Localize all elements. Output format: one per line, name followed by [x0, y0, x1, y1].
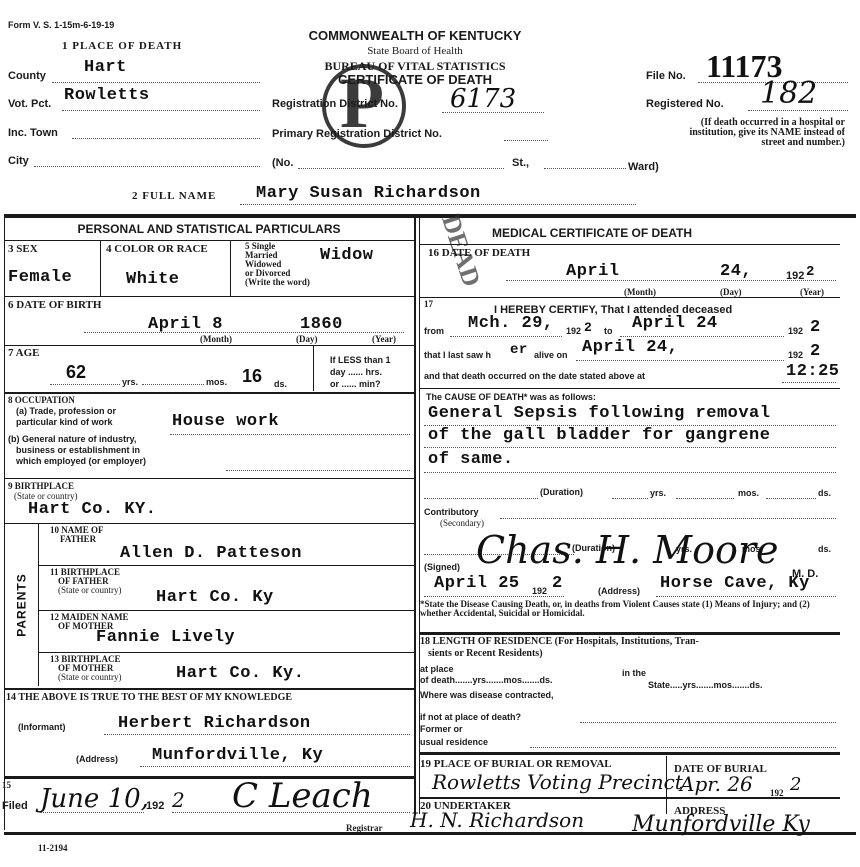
signed-date: April 25 [434, 574, 520, 593]
dod-label: 16 DATE OF DEATH [428, 247, 530, 259]
burial-place-value: Rowletts Voting Precinct [432, 770, 683, 794]
city-label: City [8, 155, 29, 167]
physician-address: Horse Cave, Ky [660, 574, 810, 593]
form-number: Form V. S. 1-15m-6-19-19 [8, 20, 114, 30]
cause-line-3: of same. [428, 450, 514, 469]
dod-year-suffix: 2 [806, 264, 815, 280]
cause-footnote: *State the Disease Causing Death, or, in… [420, 600, 836, 618]
cause-line-2: of the gall bladder for gangrene [428, 426, 770, 445]
informant-value: Herbert Richardson [118, 714, 311, 733]
to-year-prefix: 192 [788, 326, 803, 336]
vot-pct-value: Rowletts [64, 86, 150, 105]
personal-section-title: PERSONAL AND STATISTICAL PARTICULARS [6, 222, 412, 236]
dod-month-caption: (Month) [624, 287, 656, 297]
certify-number: 17 [424, 299, 433, 309]
registration-district-label: Registration District No. [272, 98, 398, 110]
county-label: County [8, 70, 46, 82]
signed-year-prefix: 192 [532, 586, 547, 596]
where-contracted-label: Where was disease contracted, [420, 690, 554, 700]
place-of-death-label: 1 PLACE OF DEATH [62, 40, 182, 52]
last-saw-pronoun: er [510, 342, 528, 358]
burial-date-value: Apr. 26 [680, 772, 753, 796]
full-name-value: Mary Susan Richardson [256, 184, 481, 203]
ward-label: Ward) [628, 161, 659, 173]
undertaker-value: H. N. Richardson [410, 808, 584, 832]
signed-label: (Signed) [424, 562, 460, 572]
secondary-label: (Secondary) [440, 518, 484, 528]
dod-day: 24, [720, 262, 752, 281]
residence-label-2: sients or Recent Residents) [428, 648, 543, 659]
race-value: White [126, 270, 180, 289]
death-occurred-label: and that death occurred on the date stat… [424, 371, 645, 381]
sex-label: 3 SEX [8, 243, 38, 255]
from-year-suffix: 2 [584, 320, 592, 335]
registrar-signature: C Leach [232, 776, 373, 816]
to-year-suffix: 2 [810, 318, 821, 337]
informant-statement: 14 THE ABOVE IS TRUE TO THE BEST OF MY K… [6, 692, 292, 703]
footer-code: 11-2194 [38, 843, 68, 853]
dod-year-prefix: 192 [786, 270, 804, 282]
dod-year-caption: (Year) [800, 287, 824, 297]
cause-label: The CAUSE OF DEATH* was as follows: [426, 392, 596, 402]
board-title: State Board of Health [290, 45, 540, 57]
burial-year-suffix: 2 [790, 774, 801, 795]
marital-value: Widow [320, 246, 374, 265]
dod-day-caption: (Day) [720, 287, 742, 297]
filed-year-suffix: 2 [172, 788, 185, 812]
month-caption: (Month) [200, 334, 232, 344]
in-the-label: in the [622, 668, 646, 678]
occupation-a-label: (a) Trade, profession or particular kind… [16, 406, 116, 428]
duration-label: (Duration) [540, 487, 583, 497]
father-name-label: 10 NAME OF FATHER [50, 526, 104, 544]
race-label: 4 COLOR OR RACE [106, 243, 208, 255]
father-birthplace-value: Hart Co. Ky [156, 588, 274, 607]
mother-name-value: Fannie Lively [96, 628, 235, 647]
attended-from: Mch. 29, [468, 314, 554, 333]
signed-year-suffix: 2 [552, 574, 563, 593]
cause-line-1: General Sepsis following removal [428, 404, 770, 423]
primary-registration-label: Primary Registration District No. [272, 128, 442, 140]
vot-pct-label: Vot. Pct. [8, 98, 51, 110]
death-time: 12:25 [786, 362, 840, 381]
former-label: Former or [420, 724, 463, 734]
ds-caption: ds. [274, 379, 287, 389]
mother-birthplace-value: Hart Co. Ky. [176, 664, 304, 683]
usual-residence-label: usual residence [420, 737, 488, 747]
informant-label: (Informant) [18, 722, 66, 732]
registered-no-label: Registered No. [646, 98, 724, 110]
last-saw-date: April 24, [582, 338, 678, 357]
commonwealth-title: COMMONWEALTH OF KENTUCKY [290, 28, 540, 43]
informant-address-value: Munfordville, Ky [152, 746, 323, 765]
physician-address-label: (Address) [598, 586, 640, 596]
file-no-label: File No. [646, 70, 686, 82]
birthplace-label: 9 BIRTHPLACE [8, 481, 74, 491]
age-days: 16 [242, 366, 262, 387]
from-label: from [424, 326, 444, 336]
age-label: 7 AGE [8, 347, 39, 359]
from-year-prefix: 192 [566, 326, 581, 336]
dob-label: 6 DATE OF BIRTH [8, 299, 101, 311]
yrs-caption: yrs. [122, 377, 138, 387]
street-label: St., [512, 157, 529, 169]
day-caption: (Day) [296, 334, 318, 344]
occupation-value: House work [172, 412, 279, 431]
duration-mos: mos. [738, 488, 759, 498]
occupation-label: 8 OCCUPATION [8, 395, 75, 405]
inc-town-label: Inc. Town [8, 127, 58, 139]
duration-ds-2: ds. [818, 544, 831, 554]
to-label: to [604, 326, 613, 336]
if-not-label: if not at place of death? [420, 712, 521, 722]
duration-ds: ds. [818, 488, 831, 498]
of-death-row: of death.......yrs.......mos.......ds. [420, 675, 553, 685]
mos-caption: mos. [206, 377, 227, 387]
physician-signature: Chas. H. Moore [476, 528, 778, 572]
registered-no-value: 182 [760, 76, 817, 111]
filed-date: June 10, [40, 784, 149, 814]
state-row: State.....yrs.......mos.......ds. [648, 680, 763, 690]
mother-birthplace-label: 13 BIRTHPLACE OF MOTHER (State or countr… [50, 655, 121, 682]
age-years: 62 [66, 362, 86, 383]
filing-number: 15 [2, 780, 11, 790]
father-name-value: Allen D. Patteson [120, 544, 302, 563]
dob-month-day: April 8 [148, 315, 223, 334]
alive-on-label: alive on [534, 350, 568, 360]
street-no-label: (No. [272, 157, 293, 169]
dob-year: 1860 [300, 315, 343, 334]
parents-side-label: PARENTS [4, 525, 40, 685]
burial-place-label: 19 PLACE OF BURIAL OR REMOVAL [420, 758, 612, 770]
at-place-label: at place [420, 664, 454, 674]
last-saw-year-prefix: 192 [788, 350, 803, 360]
birthplace-value: Hart Co. KY. [28, 500, 156, 519]
sex-value: Female [8, 268, 72, 287]
filed-label: Filed [2, 800, 28, 812]
undertaker-address-value: Munfordville Ky [632, 812, 810, 837]
last-saw-label: that I last saw h [424, 350, 491, 360]
less-than-label: If LESS than 1 day ...... hrs. or ......… [330, 354, 391, 390]
county-value: Hart [84, 58, 127, 77]
filed-year-prefix: 192 [146, 800, 164, 812]
registration-district-value: 6173 [450, 84, 516, 114]
father-birthplace-label: 11 BIRTHPLACE OF FATHER (State or countr… [50, 568, 121, 595]
hospital-note: (If death occurred in a hospital or inst… [680, 118, 845, 148]
duration-yrs: yrs. [650, 488, 666, 498]
medical-section-title: MEDICAL CERTIFICATE OF DEATH [492, 226, 692, 240]
residence-label-1: 18 LENGTH OF RESIDENCE (For Hospitals, I… [420, 636, 838, 647]
dod-month: April [566, 262, 620, 281]
contributory-label: Contributory [424, 507, 479, 517]
year-caption: (Year) [372, 334, 396, 344]
informant-address-label: (Address) [76, 754, 118, 764]
attended-to: April 24 [632, 314, 718, 333]
occupation-b-label: (b) General nature of industry, business… [8, 434, 146, 467]
full-name-label: 2 FULL NAME [132, 190, 216, 202]
last-saw-year-suffix: 2 [810, 342, 821, 361]
marital-label: 5 Single Married Widowed or Divorced (Wr… [245, 242, 310, 287]
